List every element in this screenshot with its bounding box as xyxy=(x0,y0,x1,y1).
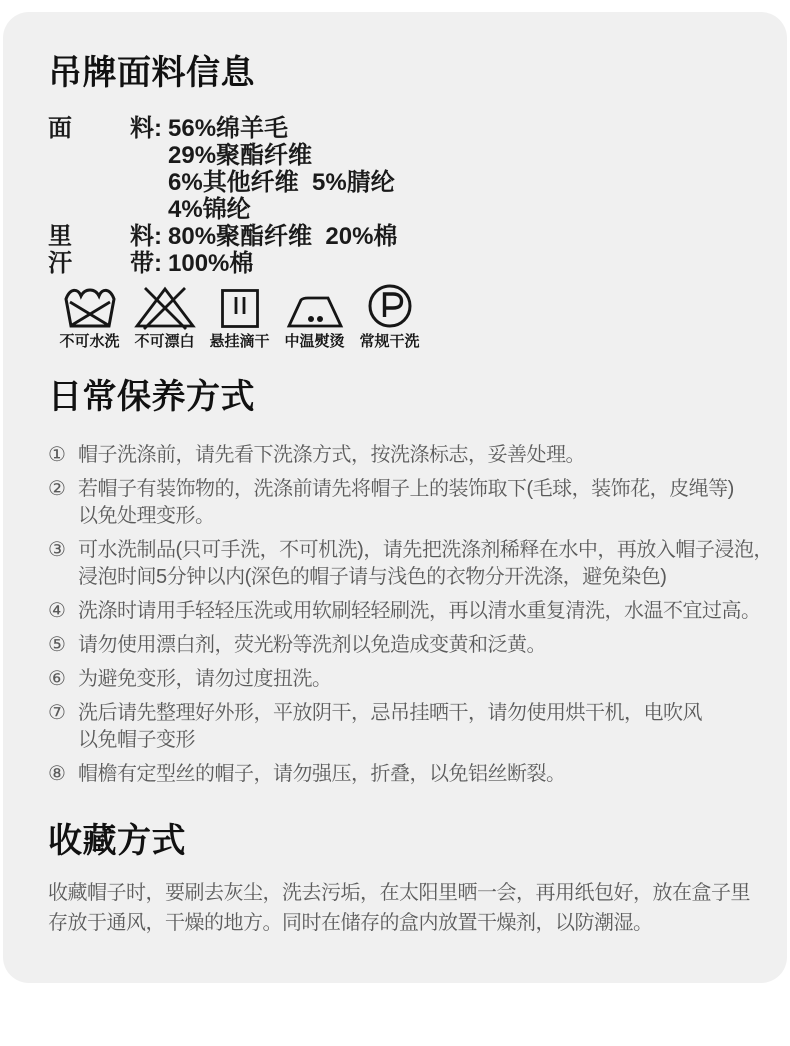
storage-section-text: 收藏帽子时，要刷去灰尘，洗去污垢，在太阳里晒一会，再用纸包好，放在盒子里 存放于… xyxy=(48,878,761,938)
fabric-row: 汗 带: 100%棉 xyxy=(48,250,761,277)
list-item-number: ⑥ xyxy=(48,666,78,693)
fabric-row-value: 4%锦纶 xyxy=(168,196,251,223)
fabric-row-label2 xyxy=(130,142,168,169)
care-symbol-label: 中温熨烫 xyxy=(284,332,344,351)
list-item: ⑤ 请勿使用漂白剂，荧光粉等洗剂以免造成变黄和泛黄。 xyxy=(48,632,761,659)
list-item: ① 帽子洗涤前，请先看下洗涤方式，按洗涤标志，妥善处理。 xyxy=(48,442,761,469)
list-item: ④ 洗涤时请用手轻轻压洗或用软刷轻轻刷洗，再以清水重复清洗，水温不宜过高。 xyxy=(48,598,761,625)
care-symbol: 常规干洗 xyxy=(352,282,427,351)
storage-section-title: 收藏方式 xyxy=(48,823,761,859)
fabric-row-label: 面 xyxy=(48,115,130,142)
list-item-text: 请勿使用漂白剂，荧光粉等洗剂以免造成变黄和泛黄。 xyxy=(78,632,546,659)
fabric-row: 里 料: 80%聚酯纤维 20%棉 xyxy=(48,223,761,250)
care-symbol-label: 不可水洗 xyxy=(59,332,119,351)
fabric-row-label xyxy=(48,196,130,223)
list-item-number: ⑤ xyxy=(48,632,78,659)
fabric-row: 4%锦纶 xyxy=(48,196,761,223)
fabric-section-title: 吊牌面料信息 xyxy=(48,55,761,91)
list-item-text: 洗涤时请用手轻轻压洗或用软刷轻轻刷洗，再以清水重复清洗，水温不宜过高。 xyxy=(78,598,761,625)
fabric-row-label xyxy=(48,169,130,196)
fabric-row-label2: 料: xyxy=(130,115,168,142)
fabric-row: 6%其他纤维 5%腈纶 xyxy=(48,169,761,196)
list-item: ⑥ 为避免变形，请勿过度扭洗。 xyxy=(48,666,761,693)
fabric-row-value: 56%绵羊毛 xyxy=(168,115,288,142)
dry-clean-icon xyxy=(366,282,414,330)
list-item-number: ⑧ xyxy=(48,761,78,788)
fabric-row-label: 汗 xyxy=(48,250,130,277)
list-item: ⑦ 洗后请先整理好外形，平放阴干，忌吊挂晒干，请勿使用烘干机，电吹风 以免帽子变… xyxy=(48,700,761,754)
list-item-text: 洗后请先整理好外形，平放阴干，忌吊挂晒干，请勿使用烘干机，电吹风 以免帽子变形 xyxy=(78,700,702,754)
list-item-number: ④ xyxy=(48,598,78,625)
care-symbols-row: 不可水洗 不可漂白 悬挂滴干 xyxy=(52,282,761,351)
care-symbol: 不可漂白 xyxy=(127,282,202,351)
care-symbol-label: 悬挂滴干 xyxy=(209,332,269,351)
list-item-number: ⑦ xyxy=(48,700,78,754)
fabric-row-value: 6%其他纤维 5%腈纶 xyxy=(168,169,395,196)
list-item-number: ② xyxy=(48,476,78,530)
fabric-row-value: 29%聚酯纤维 xyxy=(168,142,312,169)
fabric-row-label2: 料: xyxy=(130,223,168,250)
care-symbol: 悬挂滴干 xyxy=(202,282,277,351)
no-bleach-icon xyxy=(133,282,197,330)
fabric-row: 面 料: 56%绵羊毛 xyxy=(48,115,761,142)
fabric-row-value: 100%棉 xyxy=(168,250,253,277)
care-symbol: 不可水洗 xyxy=(52,282,127,351)
list-item-number: ③ xyxy=(48,537,78,591)
care-symbol-label: 常规干洗 xyxy=(359,332,419,351)
care-section-title: 日常保养方式 xyxy=(48,379,761,415)
care-info-card: 吊牌面料信息 面 料: 56%绵羊毛 29%聚酯纤维 6%其他纤维 5%腈纶 4… xyxy=(3,12,787,983)
list-item-text: 帽檐有定型丝的帽子，请勿强压，折叠，以免铝丝断裂。 xyxy=(78,761,566,788)
fabric-composition-table: 面 料: 56%绵羊毛 29%聚酯纤维 6%其他纤维 5%腈纶 4%锦纶 里 料… xyxy=(48,115,761,277)
fabric-row-label2: 带: xyxy=(130,250,168,277)
fabric-row-label2 xyxy=(130,169,168,196)
list-item-text: 帽子洗涤前，请先看下洗涤方式，按洗涤标志，妥善处理。 xyxy=(78,442,585,469)
care-symbol: 中温熨烫 xyxy=(277,282,352,351)
iron-medium-icon xyxy=(286,282,344,330)
list-item-text: 可水洗制品(只可手洗，不可机洗)，请先把洗涤剂稀释在水中，再放入帽子浸泡， 浸泡… xyxy=(78,537,773,591)
list-item-text: 若帽子有装饰物的，洗涤前请先将帽子上的装饰取下(毛球，装饰花，皮绳等) 以免处理… xyxy=(78,476,734,530)
care-symbol-label: 不可漂白 xyxy=(134,332,194,351)
fabric-row: 29%聚酯纤维 xyxy=(48,142,761,169)
list-item-number: ① xyxy=(48,442,78,469)
fabric-row-label2 xyxy=(130,196,168,223)
care-instruction-list: ① 帽子洗涤前，请先看下洗涤方式，按洗涤标志，妥善处理。 ② 若帽子有装饰物的，… xyxy=(48,442,761,788)
list-item: ② 若帽子有装饰物的，洗涤前请先将帽子上的装饰取下(毛球，装饰花，皮绳等) 以免… xyxy=(48,476,761,530)
fabric-row-label xyxy=(48,142,130,169)
fabric-row-label: 里 xyxy=(48,223,130,250)
fabric-row-value: 80%聚酯纤维 20%棉 xyxy=(168,223,397,250)
list-item: ③ 可水洗制品(只可手洗，不可机洗)，请先把洗涤剂稀释在水中，再放入帽子浸泡， … xyxy=(48,537,761,591)
no-wash-icon xyxy=(58,282,122,330)
drip-dry-icon xyxy=(220,282,260,330)
list-item: ⑧ 帽檐有定型丝的帽子，请勿强压，折叠，以免铝丝断裂。 xyxy=(48,761,761,788)
list-item-text: 为避免变形，请勿过度扭洗。 xyxy=(78,666,332,693)
